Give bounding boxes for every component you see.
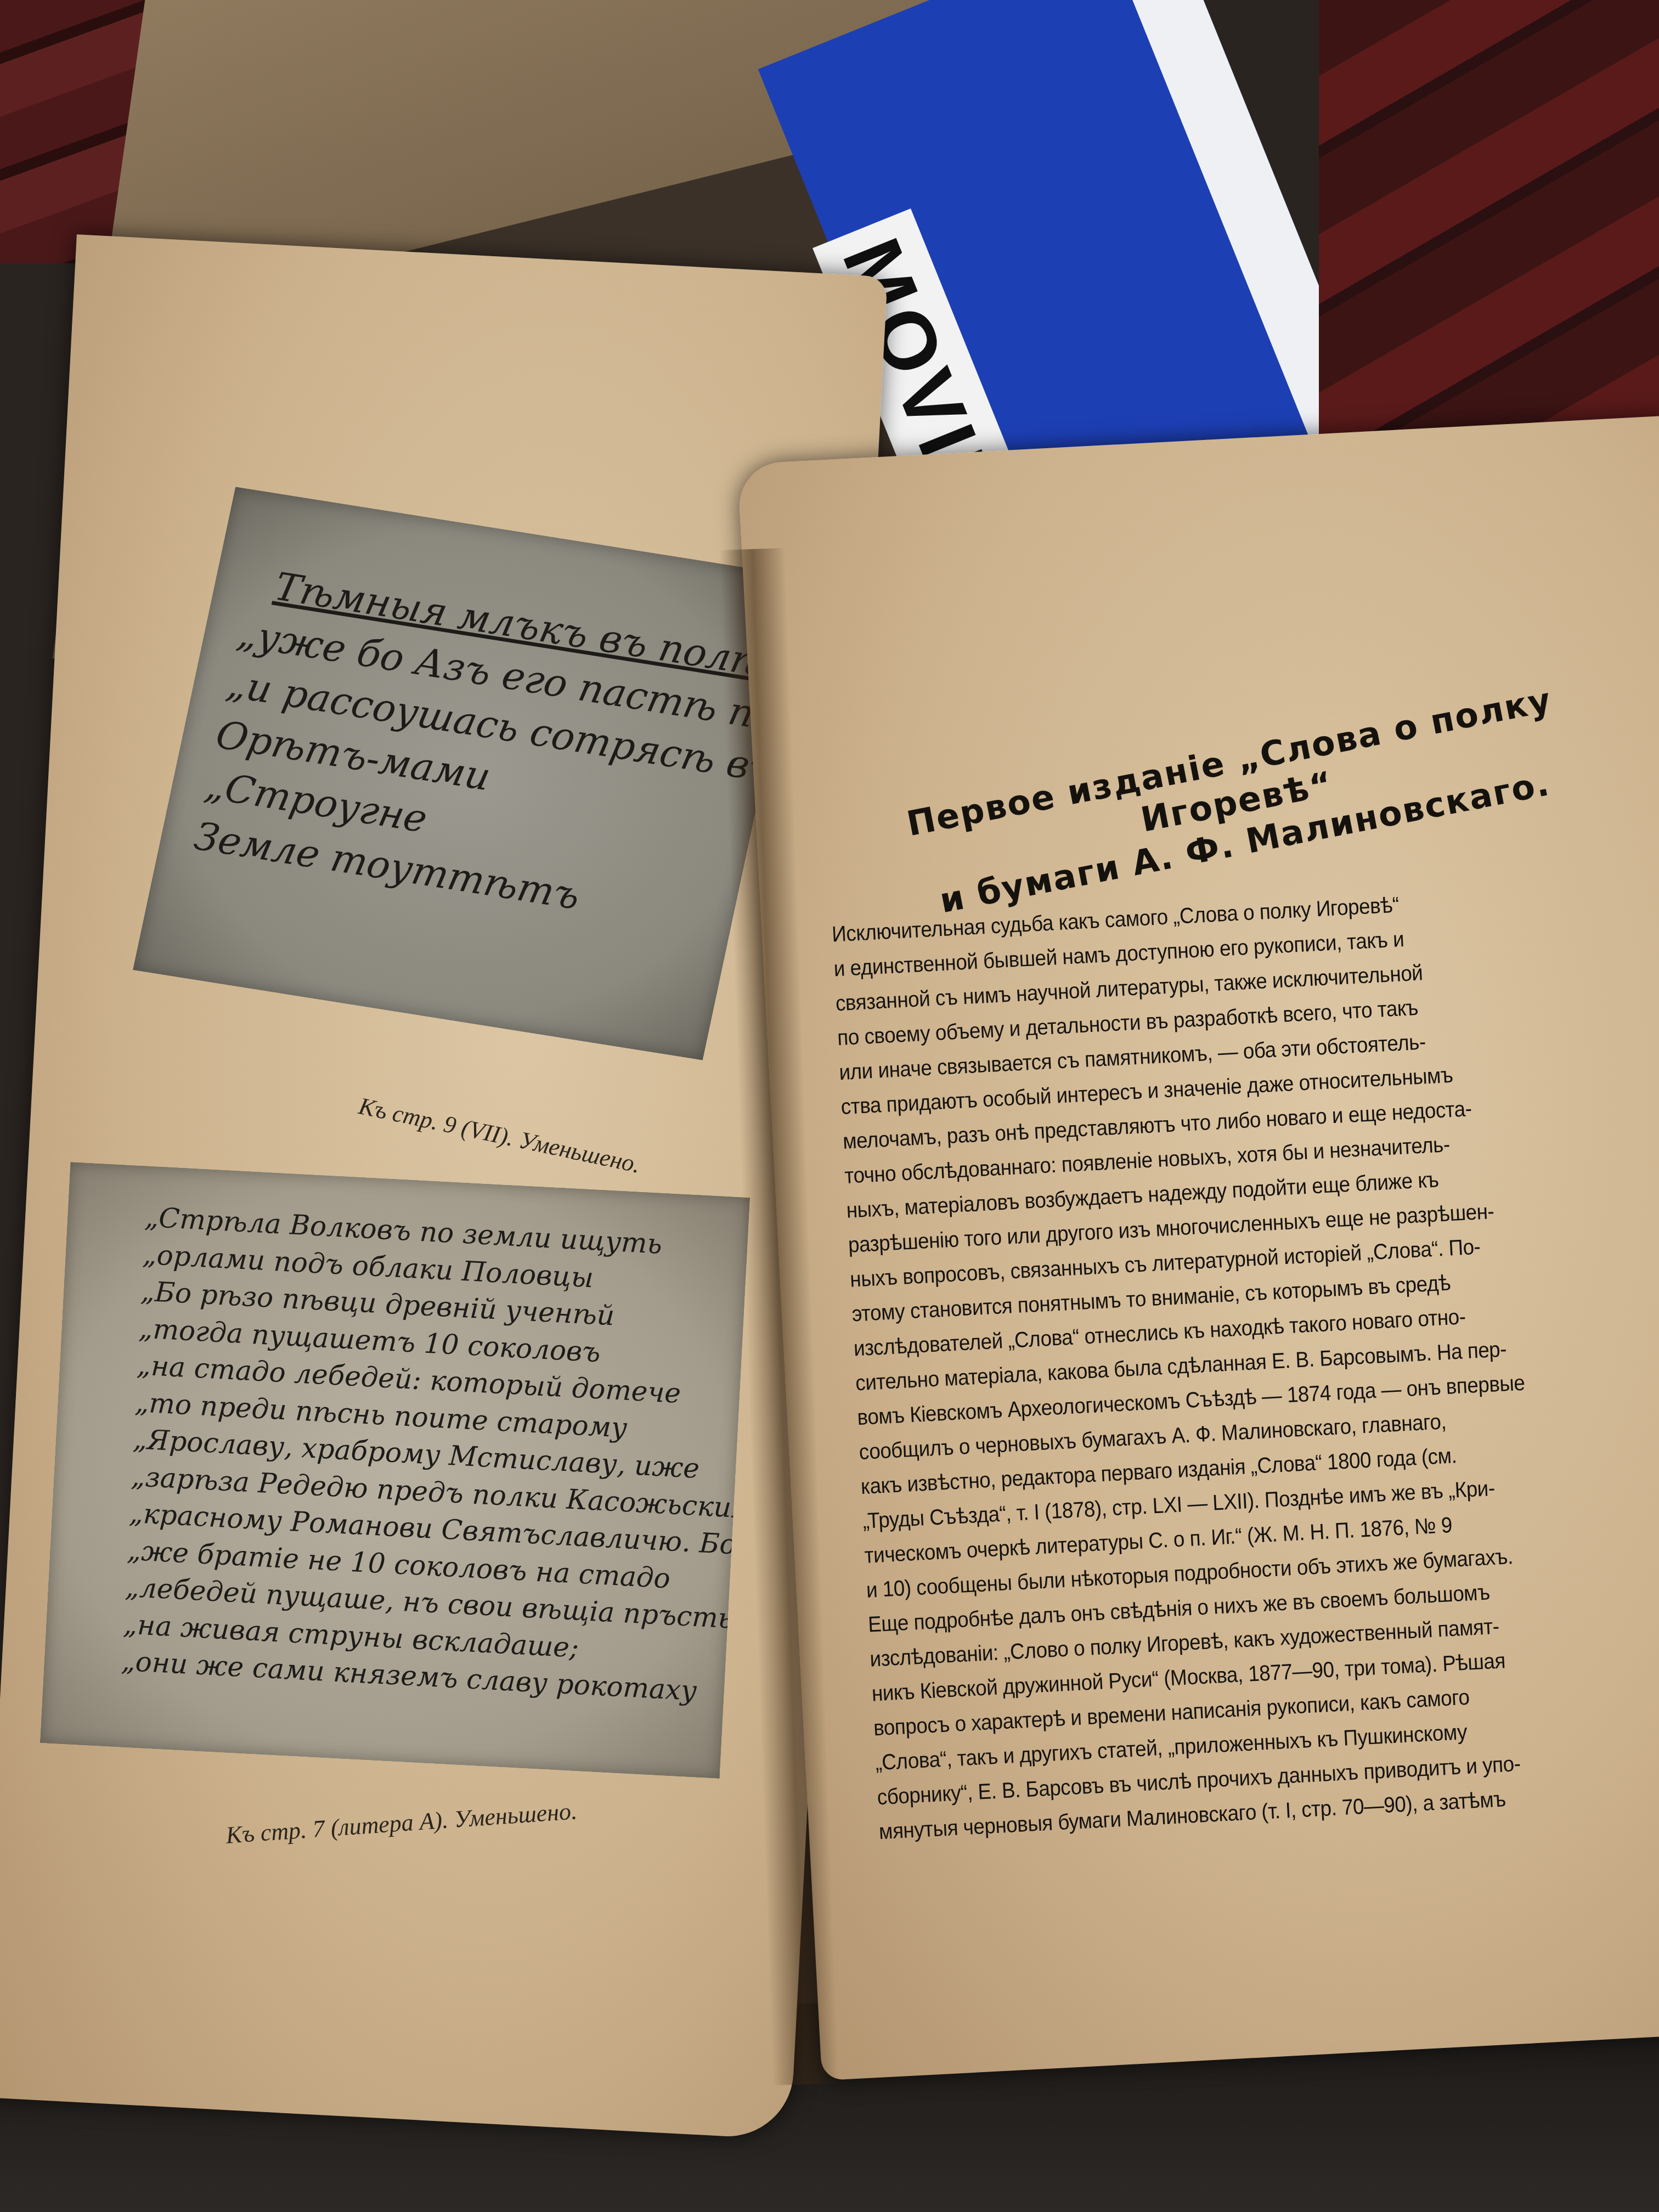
article-body: Исключительная судьба какъ самого „Слова… <box>831 878 1636 1850</box>
manuscript-facsimile-2: „Стрѣла Волковъ по земли ищуть „орлами п… <box>40 1162 750 1778</box>
article: Первое изданіе „Слова о полку Игоревѣ“ и… <box>823 719 1659 1849</box>
manuscript-facsimile-1: Тѣмныя млъкъ въ полѣ „уже бо Азъ его пас… <box>133 487 805 1060</box>
background-books-right <box>1319 0 1659 450</box>
